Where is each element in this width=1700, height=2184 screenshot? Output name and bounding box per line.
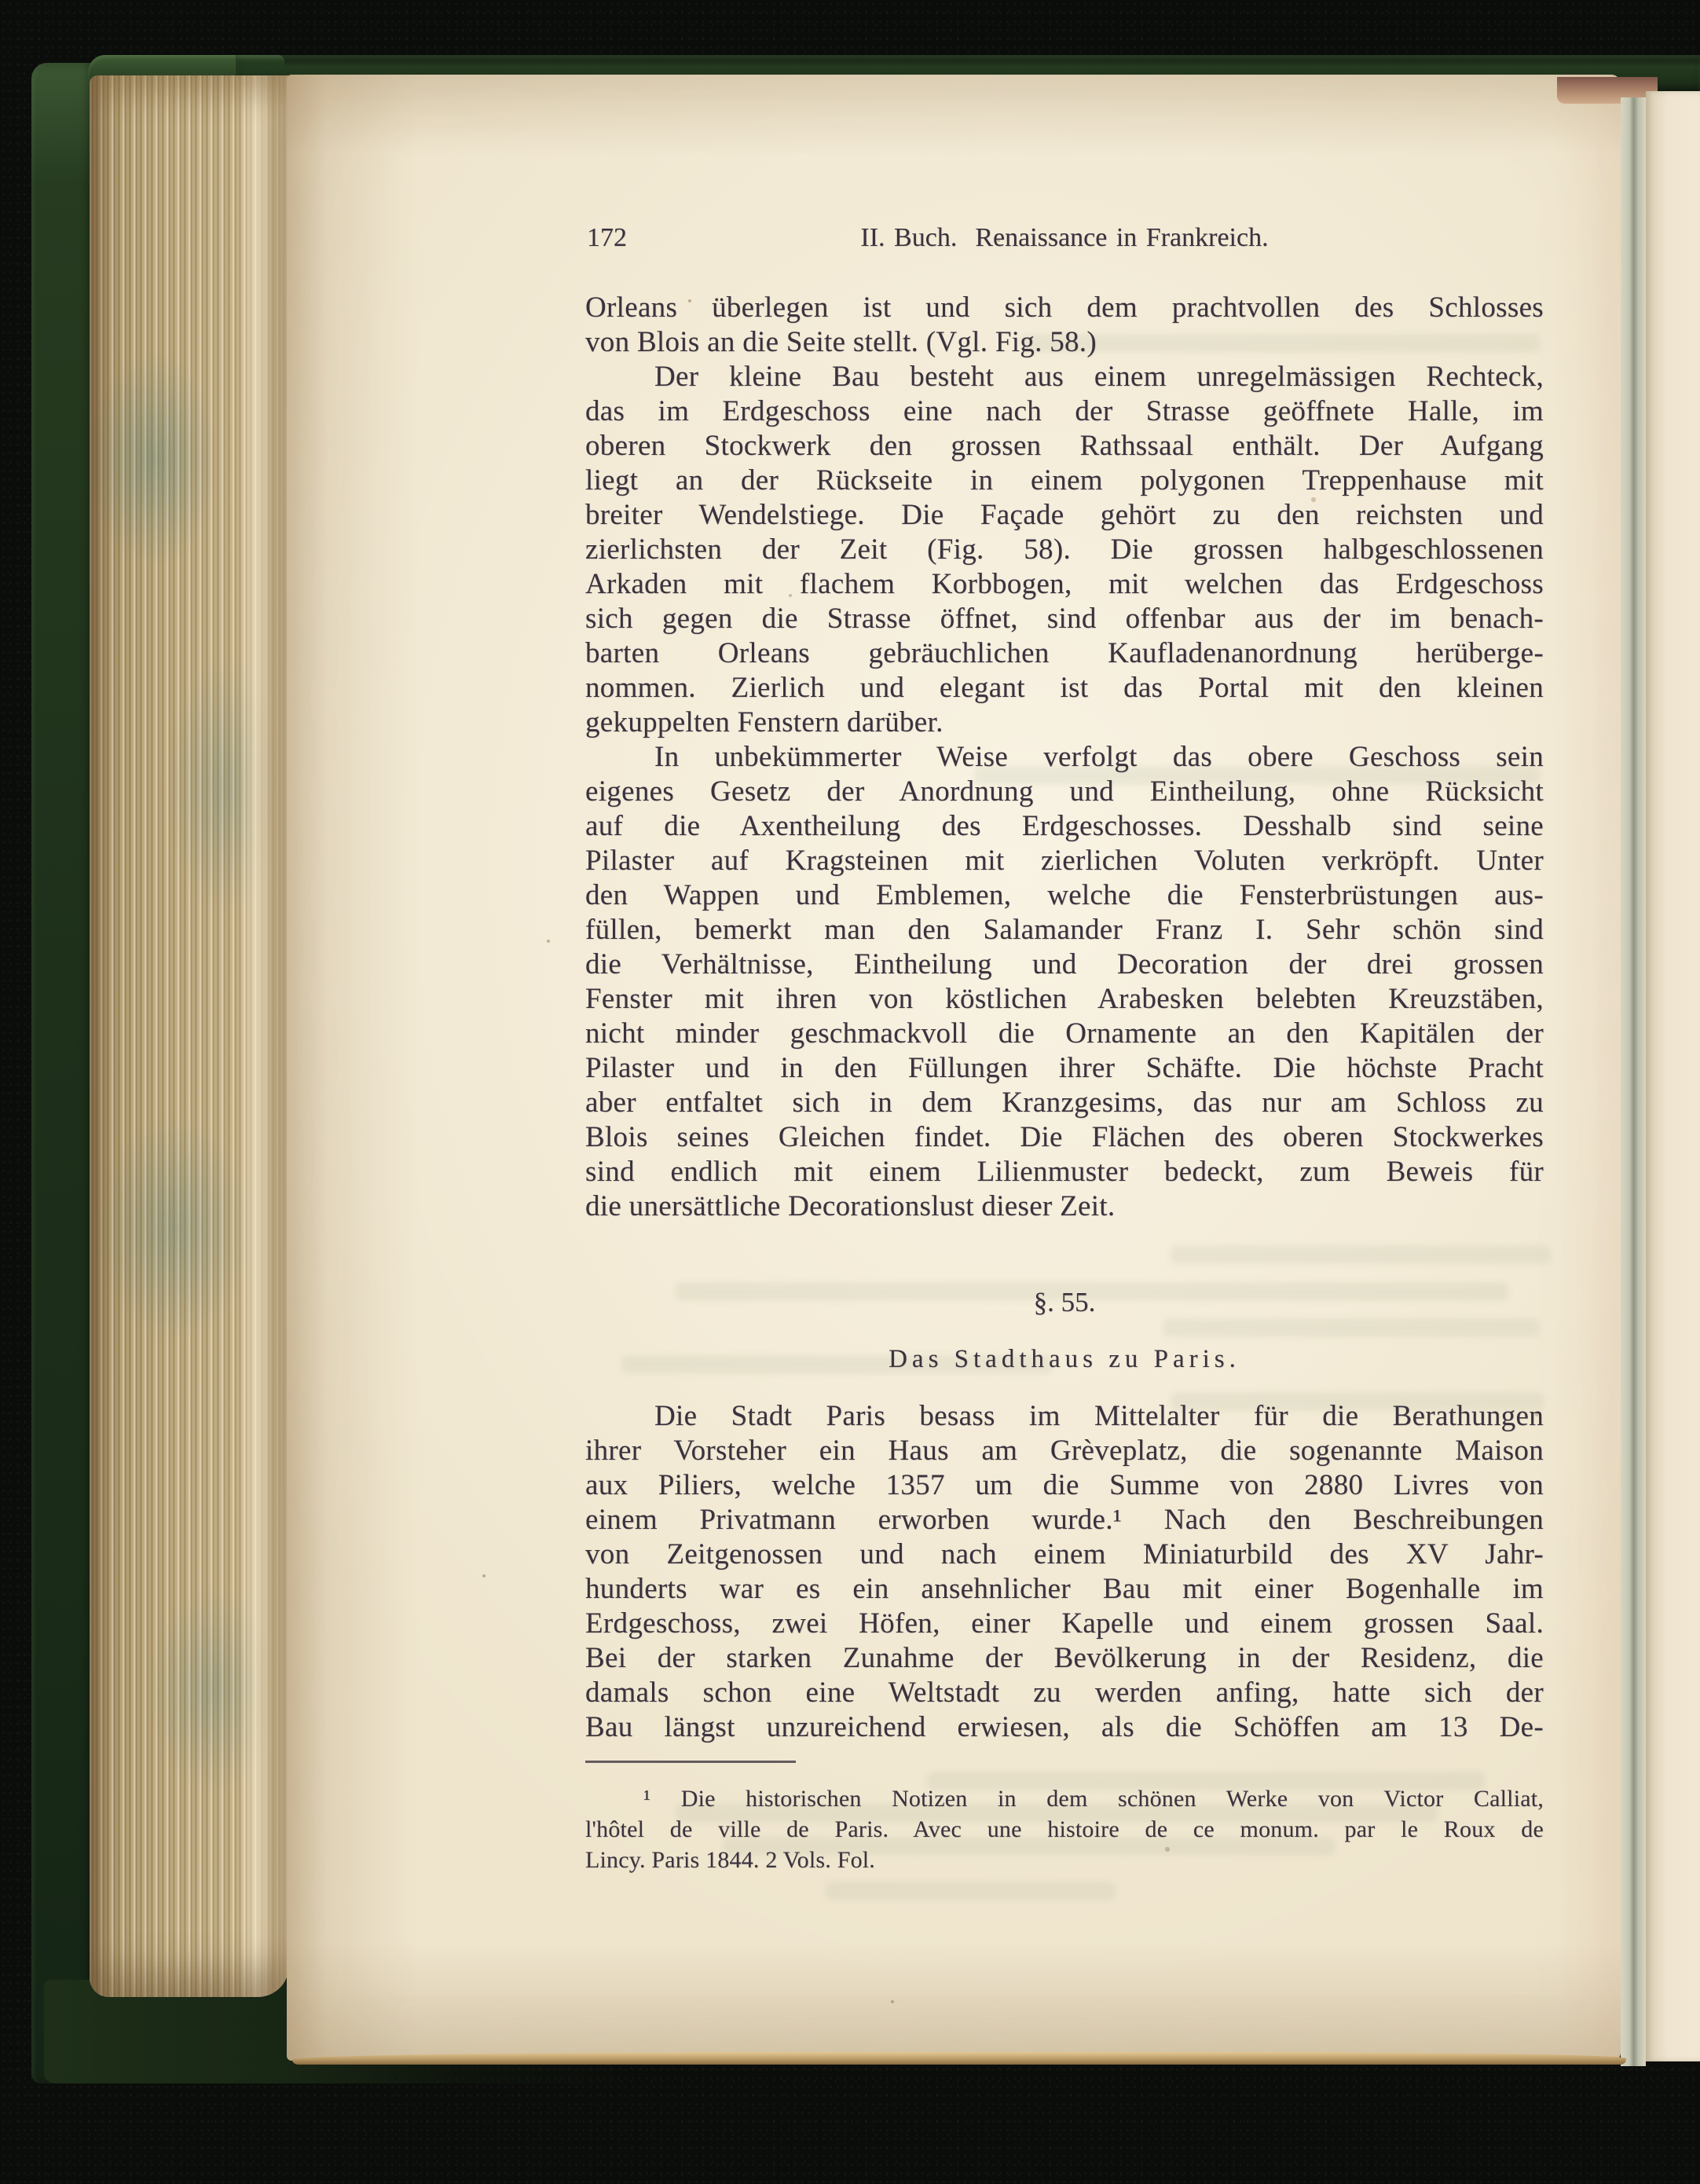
text-line: Der kleine Bau besteht aus einem unregel… [585, 360, 1544, 394]
text-line: Bei der starken Zunahme der Bevölkerung … [585, 1641, 1544, 1676]
text-line: von Zeitgenossen und nach einem Miniatur… [585, 1537, 1544, 1572]
footnote: ¹ Die historischen Notizen in dem schöne… [585, 1783, 1544, 1875]
text-line: nicht minder geschmackvoll die Ornamente… [585, 1017, 1544, 1051]
text-line: Blois seines Gleichen findet. Die Fläche… [585, 1120, 1544, 1155]
text-line: sind endlich mit einem Lilienmuster bede… [585, 1155, 1544, 1189]
paragraph: Die Stadt Paris besass im Mittelalter fü… [585, 1399, 1544, 1745]
page-text-block: 172 II. Buch. Renaissance in Frankreich.… [585, 220, 1544, 1875]
text-line: die Verhältnisse, Eintheilung und Decora… [585, 947, 1544, 982]
text-line: Pilaster auf Kragsteinen mit zierlichen … [585, 844, 1544, 878]
text-line: eigenes Gesetz der Anordnung und Einthei… [585, 775, 1544, 809]
text-line: auf die Axentheilung des Erdgeschosses. … [585, 809, 1544, 844]
paragraph: Orleans überlegen ist und sich dem prach… [585, 291, 1544, 360]
text-line: In unbekümmerter Weise verfolgt das ober… [585, 740, 1544, 775]
text-line: zierlichsten der Zeit (Fig. 58). Die gro… [585, 533, 1544, 567]
text-line: das im Erdgeschoss eine nach der Strasse… [585, 394, 1544, 429]
text-line: Fenster mit ihren von köstlichen Arabesk… [585, 982, 1544, 1017]
text-line: ¹ Die historischen Notizen in dem schöne… [585, 1783, 1544, 1814]
gutter-crease [1621, 97, 1646, 2066]
text-line: Bau längst unzureichend erwiesen, als di… [585, 1710, 1544, 1745]
text-line: liegt an der Rückseite in einem polygone… [585, 464, 1544, 498]
text-line: Die Stadt Paris besass im Mittelalter fü… [585, 1399, 1544, 1434]
footnote-separator-rule [585, 1761, 796, 1763]
text-line: sich gegen die Strasse öffnet, sind offe… [585, 602, 1544, 636]
section-title: Das Stadthaus zu Paris. [585, 1342, 1544, 1376]
running-title: II. Buch. Renaissance in Frankreich. [860, 220, 1268, 256]
text-line: aux Piliers, welche 1357 um die Summe vo… [585, 1468, 1544, 1503]
text-line: den Wappen und Emblemen, welche die Fens… [585, 878, 1544, 913]
text-line: einem Privatmann erworben wurde.¹ Nach d… [585, 1503, 1544, 1537]
book-page: 172 II. Buch. Renaissance in Frankreich.… [287, 75, 1621, 2061]
text-line: Erdgeschoss, zwei Höfen, einer Kapelle u… [585, 1607, 1544, 1641]
text-line: damals schon eine Weltstadt zu werden an… [585, 1676, 1544, 1710]
paragraph: Der kleine Bau besteht aus einem unregel… [585, 360, 1544, 740]
book-cover-left-edge [31, 63, 94, 2083]
running-header: 172 II. Buch. Renaissance in Frankreich. [585, 220, 1544, 256]
page-fore-edge-stack [90, 75, 289, 1997]
text-line: von Blois an die Seite stellt. (Vgl. Fig… [585, 325, 1544, 360]
text-line: aber entfaltet sich in dem Kranzgesims, … [585, 1086, 1544, 1120]
text-line: nommen. Zierlich und elegant ist das Por… [585, 671, 1544, 705]
page-number: 172 [587, 220, 627, 256]
text-line: barten Orleans gebräuchlichen Kaufladena… [585, 636, 1544, 671]
showthrough-ghost [825, 1882, 1116, 1900]
text-line: ihrer Vorsteher ein Haus am Grèveplatz, … [585, 1434, 1544, 1468]
text-line: oberen Stockwerk den grossen Rathssaal e… [585, 429, 1544, 464]
text-line: füllen, bemerkt man den Salamander Franz… [585, 913, 1544, 947]
paper-specks [287, 75, 288, 76]
text-line: Orleans überlegen ist und sich dem prach… [585, 291, 1544, 325]
section-number: §. 55. [585, 1285, 1544, 1320]
text-line: die unersättliche Decorationslust dieser… [585, 1189, 1544, 1224]
text-line: hunderts war es ein ansehnlicher Bau mit… [585, 1572, 1544, 1607]
facing-page-edge [1646, 91, 1700, 2061]
text-line: Arkaden mit flachem Korbbogen, mit welch… [585, 567, 1544, 602]
text-line: gekuppelten Fenstern darüber. [585, 705, 1544, 740]
page-bottom-gilt-edge [292, 2052, 1626, 2065]
text-line: l'hôtel de ville de Paris. Avec une hist… [585, 1814, 1544, 1845]
text-line: Lincy. Paris 1844. 2 Vols. Fol. [585, 1845, 1544, 1875]
paragraph: In unbekümmerter Weise verfolgt das ober… [585, 740, 1544, 1224]
text-line: Pilaster und in den Füllungen ihrer Schä… [585, 1051, 1544, 1086]
text-line: breiter Wendelstiege. Die Façade gehört … [585, 498, 1544, 533]
